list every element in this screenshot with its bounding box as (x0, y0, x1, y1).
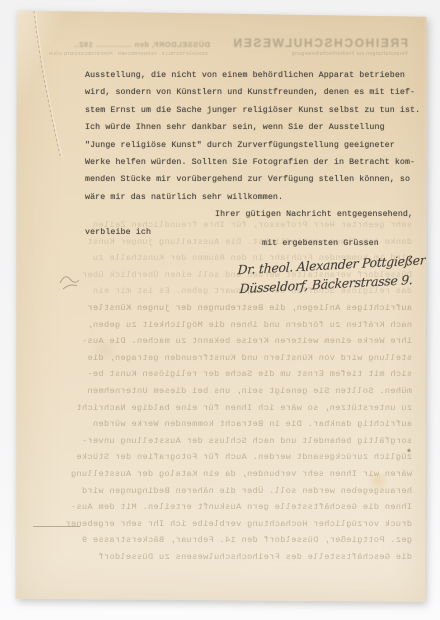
letter-body-line: stem Ernst um die Sache junger religiöse… (85, 102, 421, 119)
bleedthrough-line: Ihnen die Geschäftsstelle gern Auskunft … (30, 499, 412, 516)
bleedthrough-line: sich mit tiefem Ernst um die Sache der r… (30, 366, 412, 383)
pencil-mark (57, 267, 91, 293)
letter-body-line: "Junge religiöse Kunst" durch Zurverfügu… (85, 137, 421, 154)
letter-body-line: Ausstellung, die nicht von einem behördl… (85, 67, 421, 84)
bleedthrough-line: zu unterstützen, so wäre ich Ihnen für e… (30, 400, 412, 417)
bleedthrough-line: sorgfältig behandelt und nach Schluss de… (30, 433, 412, 450)
bleedthrough-line: aufrichtiges Anliegen, die Bestrebungen … (30, 300, 412, 317)
bleedthrough-line: gez. Pottgießer, Düsseldorf den 14. Febr… (30, 532, 412, 549)
letter-body-line: Werke helfen würden. Sollten Sie Fotogra… (85, 154, 421, 171)
bleedthrough-line: herausgegeben werden soll. Über die nähe… (30, 483, 412, 500)
faint-stain (85, 339, 125, 361)
letter-photo: FREIHOCHSCHULWESEN Veranstaltungen zur F… (15, 9, 427, 603)
letter-typed-text: Ausstellung, die nicht von einem behördl… (85, 67, 421, 252)
bleedthrough-underline (33, 521, 80, 527)
letter-body-line: menden Stücke mir vorübergehend zur Verf… (85, 171, 421, 188)
bleedthrough-line: druck vorzüglicher Hochachtung verbleibe… (30, 516, 412, 533)
bleedthrough-line: nach Kräften zu fördern und ihnen die Mö… (30, 317, 412, 334)
letter-body-line: wäre mir das natürlich sehr willkommen. (85, 189, 421, 206)
letter-closing-line: Ihrer gütigen Nachricht entgegensehend, (85, 206, 421, 223)
yellow-stain (364, 473, 392, 489)
letter-paper: FREIHOCHSCHULWESEN Veranstaltungen zur F… (15, 9, 427, 603)
letter-body-line: wird, sondern von Künstlern und Kunstfre… (85, 84, 421, 101)
bleedthrough-line: die Geschäftsstelle des Freihochschulwes… (30, 549, 412, 566)
paper-crease (19, 9, 89, 169)
bleedthrough-line: aufrichtig dankbar. Die in Betracht komm… (30, 416, 412, 433)
letter-body: Ausstellung, die nicht von einem behördl… (85, 67, 421, 206)
bleedthrough-header-title: FREIHOCHSCHULWESEN (216, 36, 408, 50)
bleedthrough-line: mühen. Sollten Sie geneigt sein, uns bei… (30, 383, 412, 400)
bleedthrough-header-subtitle: Veranstaltungen zur Freihochschulbewegun… (248, 51, 408, 57)
letter-body-line: Ich würde Ihnen sehr dankbar sein, wenn … (85, 119, 421, 136)
bleedthrough-line: züglich zurückgesandt werden. Auch für F… (30, 449, 412, 466)
ink-speck-stain (407, 448, 411, 453)
bleedthrough-line: wären wir Ihnen sehr verbunden, da ein K… (30, 466, 412, 483)
